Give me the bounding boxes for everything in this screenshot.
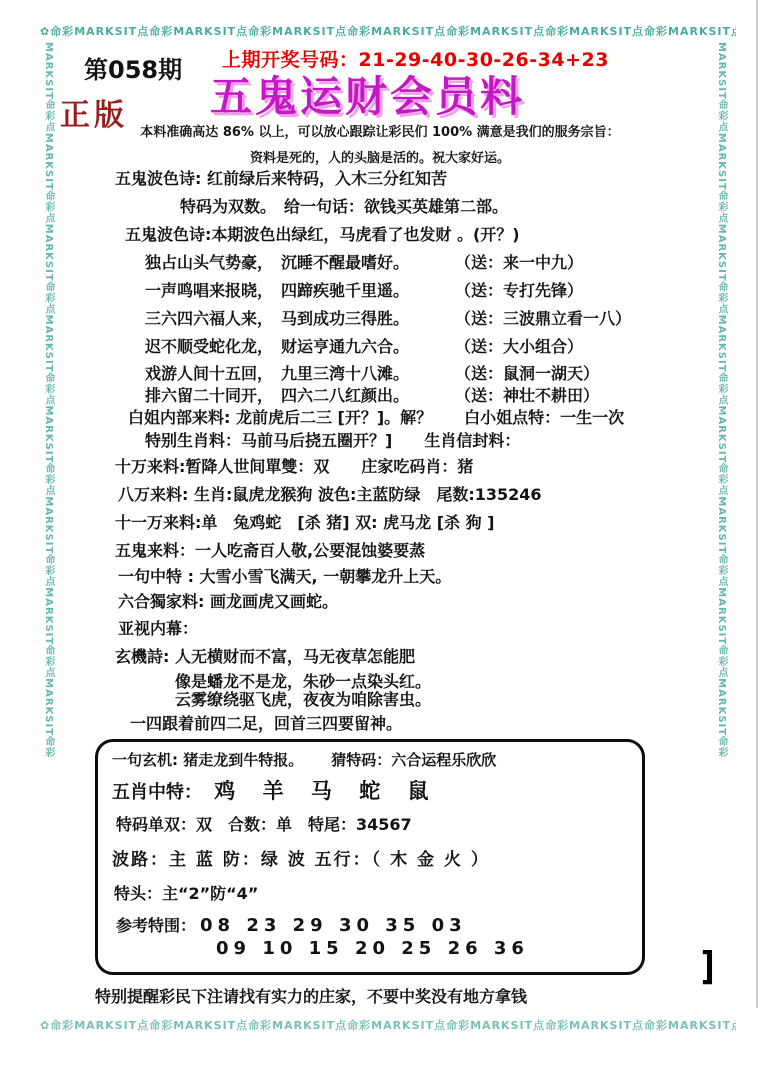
panlong-line-2: 云雾缭绕驱飞虎，夜夜为咱除害虫。 [175, 691, 730, 709]
couplet-text: 一声鸣唱来报晓， 四蹄疾驰千里遥。 [145, 280, 455, 302]
five-zodiac-label: 五肖中特： [112, 782, 202, 803]
reference-numbers-label: 参考特围： [116, 915, 196, 937]
couplet-text: 三六四六福人来， 马到成功三得胜。 [145, 308, 455, 330]
couplet-text: 独占山头气势豪， 沉睡不醒最嗜好。 [145, 252, 455, 274]
couplet-gift: （送：大小组合） [455, 336, 583, 358]
decorative-border-top: ✿命彩MARKSIT点命彩MARKSIT点命彩MARKSIT点命彩MARKSIT… [40, 24, 736, 41]
couplet-text: 排六留二十同开， 四六二八红颜出。 [145, 385, 455, 407]
lottery-tip-sheet: ✿命彩MARKSIT点命彩MARKSIT点命彩MARKSIT点命彩MARKSIT… [0, 0, 774, 1083]
couplet-text: 戏游人间十五回， 九里三湾十八滩。 [145, 363, 455, 385]
decorative-border-left: MARKSIT命彩点MARKSIT命彩点MARKSIT命彩点MARKSIT命彩点… [40, 42, 56, 1016]
special-head-row: 特头：主“2”防“4” [114, 883, 634, 905]
couplet-row: 迟不顺受蛇化龙， 财运亨通九六合。 （送：大小组合） [145, 336, 730, 358]
bawan-line: 八万来料: 生肖:鼠虎龙猴狗 波色:主蓝防绿 尾数:135246 [118, 484, 730, 506]
bose-poem-line-1: 五鬼波色诗: 红前绿后来特码，入木三分红知苦 [115, 168, 730, 190]
couplet-gift: （送：三波鼎立看一八） [455, 308, 631, 330]
page-corner-bracket: ] [701, 944, 715, 988]
baijie-info-line: 白姐内部来料: 龙前虎后二三 [开？]。解？ 白小姐点特：一生一次 [128, 407, 730, 429]
bose-poem-line-2: 五鬼波色诗:本期波色出绿红，马虎看了也发财 。(开？) [125, 224, 730, 246]
accuracy-slogan: 本料准确高达 86% 以上，可以放心跟踪让彩民们 100% 满意是我们的服务宗旨… [60, 121, 700, 140]
couplet-row: 排六留二十同开， 四六二八红颜出。 （送：神壮不耕田） [145, 385, 730, 407]
couplet-text: 迟不顺受蛇化龙， 财运亨通九六合。 [145, 336, 455, 358]
five-zodiac-animals: 鸡 羊 马 蛇 鼠 [214, 779, 438, 803]
shiyiwan-line: 十一万来料:单 兔鸡蛇 [杀 猪] 双: 虎马龙 [杀 狗 ] [115, 512, 730, 534]
reference-numbers-row: 参考特围： 08 23 29 30 35 03 [116, 915, 634, 937]
five-zodiac-row: 五肖中特： 鸡 羊 马 蛇 鼠 [112, 780, 634, 804]
odd-even-row: 特码单双：双 合数：单 特尾：34567 [116, 814, 634, 836]
luck-slogan: 资料是死的，人的头脑是活的。祝大家好运。 [60, 147, 700, 166]
xuanji-poem-line: 玄機詩: 人无横财而不富，马无夜草怎能肥 [115, 646, 730, 668]
genzhe-line: 一四跟着前四二足，回首三四要留神。 [130, 713, 730, 735]
footer-warning: 特别提醒彩民下注请找有实力的庄家，不要中奖没有地方拿钱 [95, 984, 527, 1007]
couplet-row: 戏游人间十五回， 九里三湾十八滩。 （送：鼠洞一湖天） [145, 363, 730, 385]
couplet-row: 一声鸣唱来报晓， 四蹄疾驰千里遥。 （送：专打先锋） [145, 280, 730, 302]
scan-edge-line [756, 0, 758, 1008]
reference-numbers-line-2: 09 10 15 20 25 26 36 [216, 938, 634, 960]
xuanji-phrase: 一句玄机: 猪走龙到牛特报。 [112, 749, 303, 771]
couplet-row: 独占山头气势豪， 沉睡不醒最嗜好。 （送：来一中九） [145, 252, 730, 274]
guess-special-code: 猜特码：六合运程乐欣欣 [331, 749, 496, 771]
decorative-border-bottom: ✿命彩MARKSIT点命彩MARKSIT点命彩MARKSIT点命彩MARKSIT… [40, 1018, 736, 1035]
couplet-gift: （送：鼠洞一湖天） [455, 363, 599, 385]
issue-number: 第058期 [84, 50, 182, 85]
bose-poem-line-1b: 特码为双数。 给一句话：欲钱买英雄第二部。 [180, 196, 730, 218]
couplet-gift: （送：专打先锋） [455, 280, 583, 302]
liuhe-exclusive-line: 六合獨家料: 画龙画虎又画蛇。 [118, 591, 730, 613]
body-content: 五鬼波色诗: 红前绿后来特码，入木三分红知苦 特码为双数。 给一句话：欲钱买英雄… [60, 168, 730, 975]
prediction-box-header: 一句玄机: 猪走龙到牛特报。 猜特码：六合运程乐欣欣 [112, 749, 634, 771]
yashi-insider-line: 亚视内幕： [118, 618, 730, 640]
couplet-row: 三六四六福人来， 马到成功三得胜。 （送：三波鼎立看一八） [145, 308, 730, 330]
reference-numbers-line-1: 08 23 29 30 35 03 [200, 915, 467, 937]
page-title: 五鬼运财会员料 [210, 64, 525, 124]
wave-color-row: 波路：主 蓝 防：绿 波 五行：（ 木 金 火 ） [112, 849, 634, 871]
couplet-gift: （送：神壮不耕田） [455, 385, 599, 407]
couplet-gift: （送：来一中九） [455, 252, 583, 274]
special-zodiac-line: 特别生肖料：马前马后挠五圈开？] 生肖信封料： [145, 430, 730, 452]
wugui-line: 五鬼来料：一人吃斋百人敬,公要混蚀婆要蒸 [115, 540, 730, 562]
yiju-zhongte-line: 一句中特 : 大雪小雪飞满天, 一朝攀龙升上天。 [118, 566, 730, 588]
panlong-line-1: 像是蟠龙不是龙，朱砂一点染头红。 [175, 673, 730, 691]
shiwan-line: 十万来料:暂降人世间單雙：双 庄家吃码肖：猪 [115, 456, 730, 478]
prediction-box: 一句玄机: 猪走龙到牛特报。 猜特码：六合运程乐欣欣 五肖中特： 鸡 羊 马 蛇… [95, 739, 645, 975]
